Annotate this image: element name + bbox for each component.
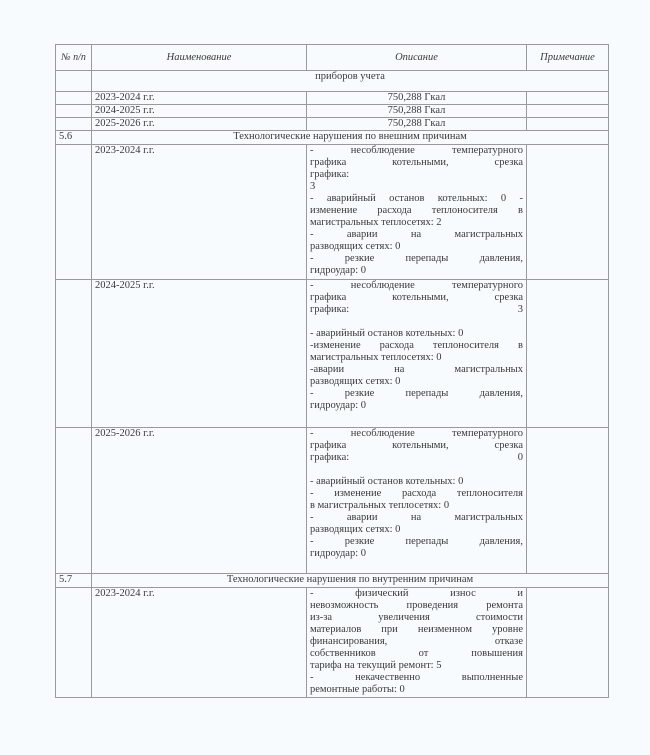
report-table: № п/п Наименование Описание Примечание п… <box>55 44 609 698</box>
section-num: 5.6 <box>56 131 92 145</box>
table-row: 2024-2025 г.г. 750,288 Гкал <box>56 105 609 118</box>
period-cell: 2025-2026 г.г. <box>92 428 307 574</box>
description-cell: - несоблюдение температурного графика ко… <box>307 145 527 280</box>
table-row: 2023-2024 г.г. - физический износ и нево… <box>56 588 609 698</box>
table-row: 2025-2026 г.г. - несоблюдение температур… <box>56 428 609 574</box>
period-cell: 2023-2024 г.г. <box>92 588 307 698</box>
value-cell: 750,288 Гкал <box>307 118 527 131</box>
table-row: 2025-2026 г.г. 750,288 Гкал <box>56 118 609 131</box>
table-row: 2024-2025 г.г. - несоблюдение температур… <box>56 280 609 428</box>
period-cell: 2023-2024 г.г. <box>92 92 307 105</box>
description-cell: - несоблюдение температурного графика ко… <box>307 428 527 574</box>
header-note: Примечание <box>527 45 609 71</box>
description-cell: - физический износ и невозможность прове… <box>307 588 527 698</box>
value-cell: 750,288 Гкал <box>307 105 527 118</box>
table-row: 2023-2024 г.г. 750,288 Гкал <box>56 92 609 105</box>
description-cell: - несоблюдение температурного графика ко… <box>307 280 527 428</box>
header-row: № п/п Наименование Описание Примечание <box>56 45 609 71</box>
period-cell: 2025-2026 г.г. <box>92 118 307 131</box>
header-name: Наименование <box>92 45 307 71</box>
section-title: Технологические нарушения по внешним при… <box>92 131 609 145</box>
header-desc: Описание <box>307 45 527 71</box>
continuation-row: приборов учета <box>56 71 609 92</box>
section-title: Технологические нарушения по внутренним … <box>92 574 609 588</box>
section-num: 5.7 <box>56 574 92 588</box>
value-cell: 750,288 Гкал <box>307 92 527 105</box>
section-row-5-7: 5.7 Технологические нарушения по внутрен… <box>56 574 609 588</box>
header-num: № п/п <box>56 45 92 71</box>
table-row: 2023-2024 г.г. - несоблюдение температур… <box>56 145 609 280</box>
period-cell: 2024-2025 г.г. <box>92 105 307 118</box>
period-cell: 2023-2024 г.г. <box>92 145 307 280</box>
continuation-text: приборов учета <box>92 71 609 92</box>
period-cell: 2024-2025 г.г. <box>92 280 307 428</box>
section-row-5-6: 5.6 Технологические нарушения по внешним… <box>56 131 609 145</box>
